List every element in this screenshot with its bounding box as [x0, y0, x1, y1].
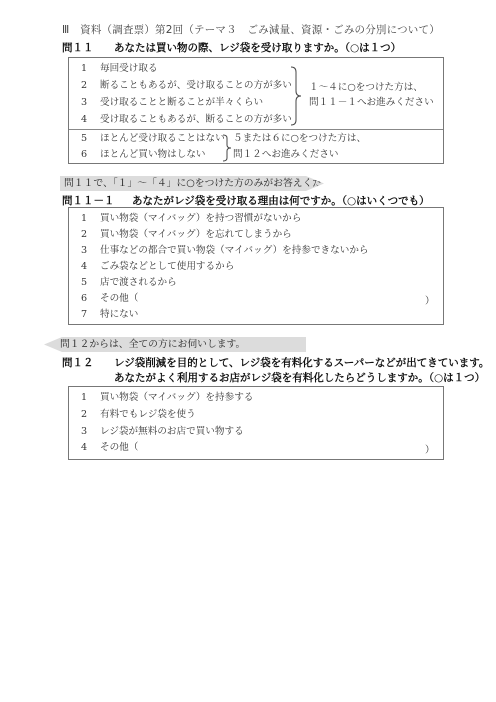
q11-option-6[interactable]: 6ほとんど買い物はしない — [81, 147, 206, 162]
note-5-6-line2: 問１２へお進みください — [233, 147, 339, 162]
q11-option-4[interactable]: 4受け取ることもあるが、断ることの方が多い — [81, 112, 292, 127]
q12-option-2[interactable]: 2有料でもレジ袋を使う — [81, 407, 196, 422]
q11-option-1[interactable]: 1毎回受け取る — [81, 61, 158, 76]
brace-5-6-icon — [221, 134, 233, 162]
note-1-4-line2: 問１１－１へお進みください — [309, 95, 434, 110]
q11-1-option-6-other[interactable]: 6その他（ — [81, 291, 138, 306]
q11-1-option-4[interactable]: 4ごみ袋などとして使用するから — [81, 259, 234, 274]
q11-option-2[interactable]: 2断ることもあるが、受け取ることの方が多い — [81, 78, 292, 93]
q12-other-close-paren: ） — [425, 442, 435, 456]
q12-text-line1: レジ袋削減を目的として、レジ袋を有料化するスーパーなどが出てきています。 — [114, 357, 489, 369]
q12-option-3[interactable]: 3レジ袋が無料のお店で買い物する — [81, 424, 244, 439]
note-5-6-line1: ５または６に○をつけた方は、 — [233, 131, 366, 146]
q11-1-text: あなたがレジ袋を受け取る理由は何ですか。（○はいくつでも） — [132, 195, 430, 207]
q11-1-option-1[interactable]: 1買い物袋（マイバッグ）を持つ習慣がないから — [81, 211, 301, 226]
q12-options-box: 1買い物袋（マイバッグ）を持参する 2有料でもレジ袋を使う 3レジ袋が無料のお店… — [68, 386, 444, 460]
q11-1-number: 問１１－１ — [62, 193, 132, 208]
q11-option-5[interactable]: 5ほとんど受け取ることはない — [81, 131, 225, 146]
note-1-4-line1: １～４に○をつけた方は、 — [309, 80, 423, 95]
section-title: Ⅲ 資料（調査票）第2回（テーマ３ ごみ減量、資源・ごみの分別について） — [62, 22, 440, 37]
q11-1-option-2[interactable]: 2買い物袋（マイバッグ）を忘れてしまうから — [81, 227, 292, 242]
q12-option-4-other[interactable]: 4その他（ — [81, 440, 138, 455]
q11-text: あなたは買い物の際、レジ袋を受け取りますか。（○は１つ） — [114, 42, 401, 54]
q11-divider — [69, 129, 443, 130]
q11-options-box: 1毎回受け取る 2断ることもあるが、受け取ることの方が多い 3受け取ることと断る… — [68, 57, 444, 164]
q11-1-other-close-paren: ） — [425, 293, 435, 307]
q12-text-line2: あなたがよく利用するお店がレジ袋を有料化したらどうしますか。（○は１つ） — [114, 370, 485, 385]
banner-q11-1-instruction: 問１１で、「１」～「４」に○をつけた方のみがお答えください。 — [60, 176, 324, 191]
q11-heading: 問１１あなたは買い物の際、レジ袋を受け取りますか。（○は１つ） — [62, 40, 401, 55]
q12-option-1[interactable]: 1買い物袋（マイバッグ）を持参する — [81, 390, 253, 405]
q11-1-options-box: 1買い物袋（マイバッグ）を持つ習慣がないから 2買い物袋（マイバッグ）を忘れてし… — [68, 207, 444, 325]
q11-1-option-3[interactable]: 3仕事などの都合で買い物袋（マイバッグ）を持参できないから — [81, 243, 369, 258]
q12-number: 問１２ — [62, 355, 114, 370]
banner-q12-instruction: 問１２からは、全ての方にお伺いします。 — [44, 337, 306, 352]
q11-option-3[interactable]: 3受け取ることと断ることが半々くらい — [81, 95, 263, 110]
q11-number: 問１１ — [62, 40, 114, 55]
q11-1-option-7[interactable]: 7特にない — [81, 307, 138, 322]
q12-heading: 問１２レジ袋削減を目的として、レジ袋を有料化するスーパーなどが出てきています。 — [62, 355, 489, 370]
brace-1-4-icon — [289, 66, 303, 126]
q11-1-option-5[interactable]: 5店で渡されるから — [81, 275, 177, 290]
q11-1-heading: 問１１－１あなたがレジ袋を受け取る理由は何ですか。（○はいくつでも） — [62, 193, 430, 208]
